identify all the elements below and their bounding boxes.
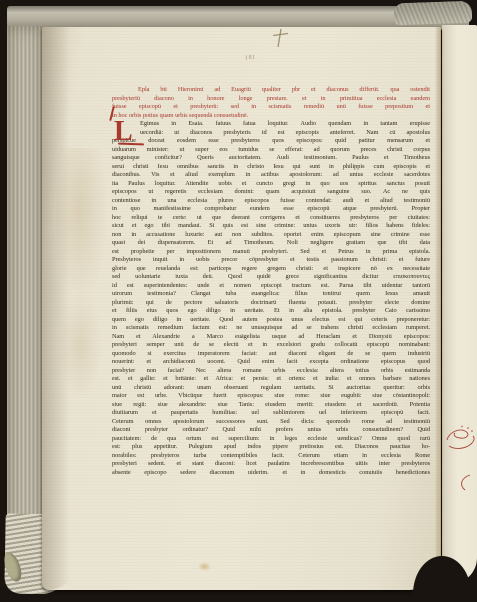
text-line: presbyteri sedent. et stant diaconi: lic… [112, 460, 430, 469]
handwritten-cross-icon [270, 27, 290, 49]
left-page-edges [7, 26, 44, 590]
headband [394, 1, 473, 26]
text-line: nouerint: et archidiaconū uocent. Quid e… [112, 358, 430, 367]
text-line: est: plus appetitur. Pulegium apud indos… [112, 443, 430, 452]
text-line: diuitiarum et paupertatis humilitas: uel… [112, 409, 430, 418]
paper-stain [58, 290, 102, 400]
text-line: siue regii: siue alexandrie: siue Tanis:… [112, 401, 430, 410]
text-line: sicut et ego tibi mandaui. Si quis est s… [112, 222, 430, 231]
text-line: plurimū: qui de pectore saluatoris doctr… [112, 299, 430, 308]
text-line: maior est urbe. Vbicūque fuerit episcopu… [112, 392, 430, 401]
text-line: sanguisque conficitur? Queris auctoritat… [112, 154, 430, 163]
text-line: serui christi Iesu omnibus sanctis in ch… [112, 163, 430, 172]
body-text: Egimus in Esaia. fatuus fatua loquitur. … [112, 120, 430, 477]
text-line: Ceterum omnes apostolorum successores su… [112, 418, 430, 427]
text-line: quomodo si exercitus imperatorem faciat:… [112, 350, 430, 359]
text-line: in quo manifestissime comprobatur eundem… [112, 205, 430, 214]
text-line: presbyteriū diacono in honore longe pres… [112, 95, 430, 104]
pencil-folio-number: 181 [245, 55, 256, 62]
text-line: episcopos ut regeretis ecclesiam domini:… [112, 188, 430, 197]
text-line: est. et gallie: et britānie: et Africa: … [112, 375, 430, 384]
text-line: fuisse episcopū et presbyterū: sed in sc… [112, 103, 430, 112]
text-line: Epla bti Hieronimi ad Euagriū qualiter p… [112, 86, 430, 95]
text-block: Epla bti Hieronimi ad Euagriū qualiter p… [112, 86, 430, 477]
text-line: ita Paulus loquitur. Attendite uobis et … [112, 180, 430, 189]
text-line: uiduarum minister: ut super eos tumidus … [112, 146, 430, 155]
text-line: diaconibus. Vis et aliud exemplum in act… [112, 171, 430, 180]
text-line: est prophetie per impositionem manuū pre… [112, 248, 430, 257]
text-line: uirorum testimonia? Clangat tuba euangel… [112, 290, 430, 299]
text-line: hoc reliqui te certe: ut que deerant cor… [112, 214, 430, 223]
text-line: Egimus in Esaia. fatuus fatua loquitur. … [112, 120, 430, 129]
text-line: absente episcopo sedere diaconum uiderim… [112, 469, 430, 478]
text-line: norabiles: presbyteros turba contemptibi… [112, 452, 430, 461]
text-line: Nam et Alexandrie a Marco euāgelista usq… [112, 333, 430, 342]
text-line: quem ego diligo in ueritate. Quod autem … [112, 316, 430, 325]
text-line: unū christū adorant: unam obseruant regu… [112, 384, 430, 393]
text-line: diaconi presbyter ordinatur? Quid mihi p… [112, 426, 430, 435]
red-paraph-mark-icon [445, 424, 477, 460]
text-line: sed uoluntarie iuxta deū. Quod quidē gre… [112, 273, 430, 282]
text-line: quasi dei dispensatorem. Et ad Timotheum… [112, 239, 430, 248]
paper-stain-spot [198, 562, 211, 571]
next-leaf-edge [442, 25, 477, 584]
text-line: contentiose in una ecclesia plures episc… [112, 197, 430, 206]
paper-stain [56, 148, 108, 304]
text-line: et filiis eius quos ego diligo in uerita… [112, 307, 430, 316]
book-photograph: 181 Epla bti Hieronimi ad Euagriū qualit… [0, 0, 477, 602]
text-line: Presbyteros inquit in uobis precor cōpre… [112, 256, 430, 265]
text-line: paucitatem: de qua ortum est supercilium… [112, 435, 430, 444]
text-line: non in accusatione luxurie: aut non subd… [112, 231, 430, 240]
text-line: in scismatis remedium factum est: ne unu… [112, 324, 430, 333]
text-line: uecordiā: ut diaconos presbyteris id est… [112, 129, 430, 138]
drop-cap-initial: L [114, 119, 133, 144]
text-line: perspicue doceat eosdem esse presbyteros… [112, 137, 430, 146]
red-curl-mark-icon [457, 473, 475, 493]
text-line: in hoc orbis potius quam urbis sequendā … [112, 112, 430, 121]
text-line: presbyteri semper unū de se electū et in… [112, 341, 430, 350]
rubric-heading: Epla bti Hieronimi ad Euagriū qualiter p… [112, 86, 430, 120]
text-line: id est superintendentes: unde et nomen e… [112, 282, 430, 291]
text-line: presbyter non faciat? Nec altera romane … [112, 367, 430, 376]
text-line: glorie que reuelanda est: particeps rege… [112, 265, 430, 274]
